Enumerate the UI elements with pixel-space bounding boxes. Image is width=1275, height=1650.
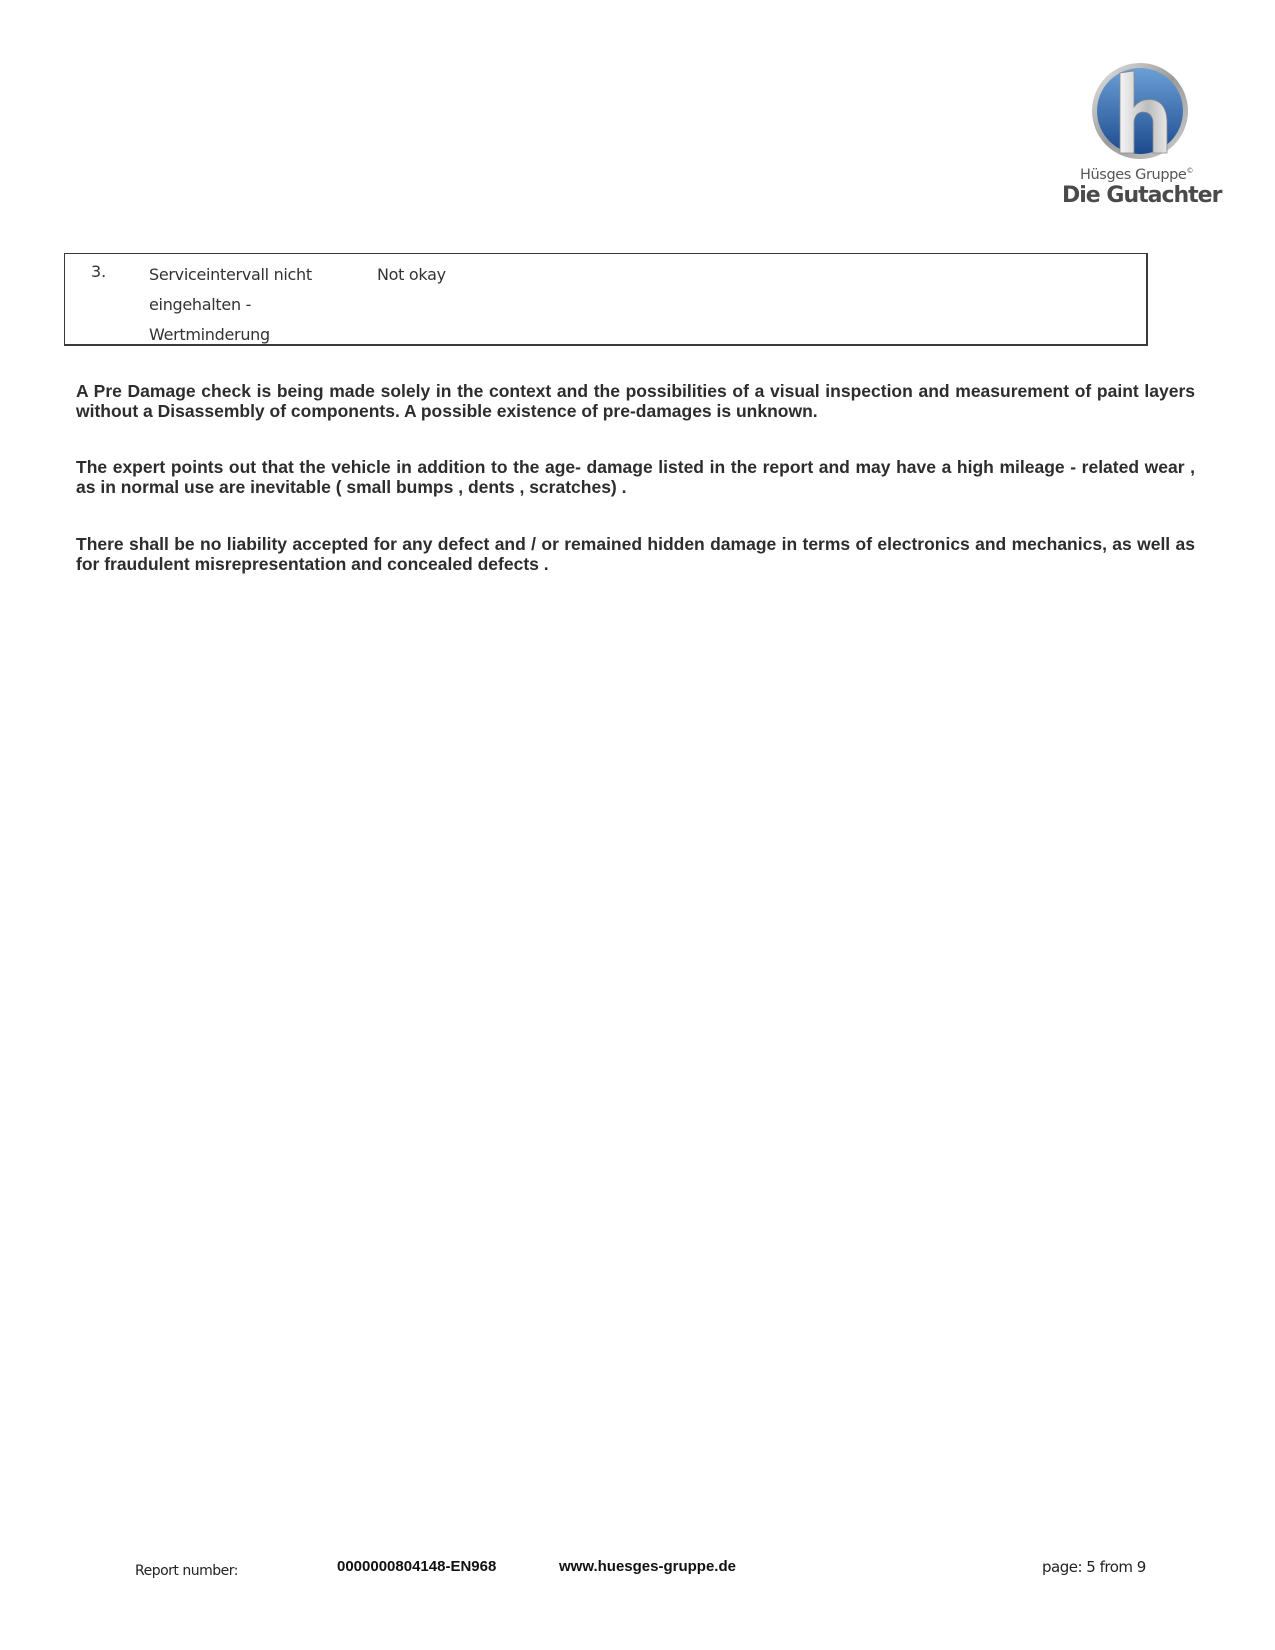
liability-disclaimer: There shall be no liability accepted for…: [76, 534, 1195, 574]
item-status: Not okay: [377, 260, 446, 290]
logo-subtitle: Hüsges Gruppe©: [1080, 167, 1193, 183]
mileage-wear-notice: The expert points out that the vehicle i…: [76, 457, 1195, 497]
company-logo: Hüsges Gruppe© Die Gutachter: [1052, 58, 1222, 208]
huesges-h-logo-icon: [1090, 61, 1190, 161]
page-footer: Report number: 0000000804148-EN968 www.h…: [0, 1555, 1275, 1585]
item-number: 3.: [91, 262, 106, 281]
page-indicator: page: 5 from 9: [1042, 1558, 1146, 1576]
pre-damage-disclaimer: A Pre Damage check is being made solely …: [76, 381, 1195, 421]
website-link[interactable]: www.huesges-gruppe.de: [559, 1558, 736, 1575]
report-number-label: Report number:: [135, 1563, 238, 1579]
report-number: 0000000804148-EN968: [337, 1558, 496, 1575]
logo-title: Die Gutachter: [1062, 183, 1221, 208]
item-description: Serviceintervall nicht eingehalten - Wer…: [149, 260, 369, 350]
items-table: 3. Serviceintervall nicht eingehalten - …: [64, 253, 1148, 346]
